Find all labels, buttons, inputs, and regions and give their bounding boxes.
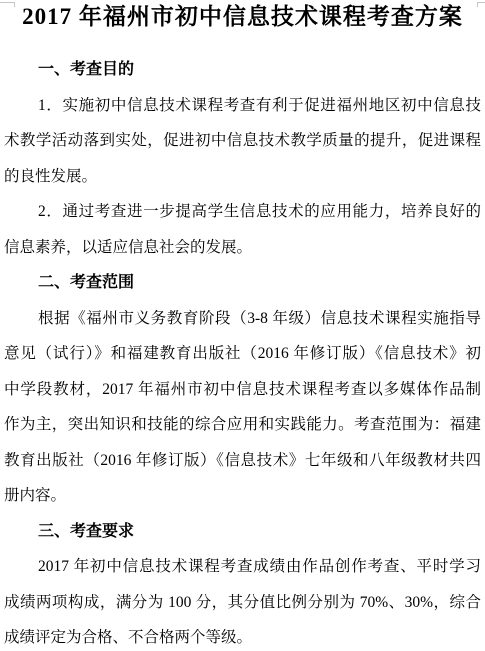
paragraph-line: 意见（试行）》和福建教育出版社（2016 年修订版）《信息技术》初 — [4, 336, 481, 372]
paragraph-line: 成绩评定为合格、不合格两个等级。 — [4, 620, 481, 651]
paragraph-line: 教育出版社（2016 年修订版）《信息技术》七年级和八年级教材共四 — [4, 443, 481, 479]
text-boundary-mark-top-right — [477, 2, 485, 7]
paragraph-line: 信息素养，以适应信息社会的发展。 — [4, 230, 481, 266]
document-page: 2017 年福州市初中信息技术课程考查方案 一、考查目的 1．实施初中信息技术课… — [0, 0, 485, 651]
text-boundary-mark-top-left — [0, 2, 15, 7]
paragraph-line: 2017 年初中信息技术课程考查成绩由作品创作考查、平时学习 — [4, 549, 481, 585]
paragraph-line: 的良性发展。 — [4, 159, 481, 195]
document-body: 一、考查目的 1．实施初中信息技术课程考查有利于促进福州地区初中信息技 术教学活… — [4, 52, 481, 651]
paragraph-line: 根据《福州市义务教育阶段（3-8 年级）信息技术课程实施指导 — [4, 301, 481, 337]
section-heading-purpose: 一、考查目的 — [4, 52, 481, 88]
paragraph-line: 术教学活动落到实处，促进初中信息技术教学质量的提升，促进课程 — [4, 123, 481, 159]
paragraph-line: 1．实施初中信息技术课程考查有利于促进福州地区初中信息技 — [4, 88, 481, 124]
paragraph-line: 作为主，突出知识和技能的综合应用和实践能力。考查范围为：福建 — [4, 407, 481, 443]
document-title: 2017 年福州市初中信息技术课程考查方案 — [4, 2, 481, 32]
paragraph-line: 中学段教材，2017 年福州市初中信息技术课程考查以多媒体作品制 — [4, 372, 481, 408]
paragraph-line: 成绩两项构成，满分为 100 分，其分值比例分别为 70%、30%，综合 — [4, 585, 481, 621]
section-heading-requirements: 三、考查要求 — [4, 514, 481, 550]
paragraph-line: 册内容。 — [4, 478, 481, 514]
paragraph-line: 2．通过考查进一步提高学生信息技术的应用能力，培养良好的 — [4, 194, 481, 230]
section-heading-scope: 二、考查范围 — [4, 265, 481, 301]
